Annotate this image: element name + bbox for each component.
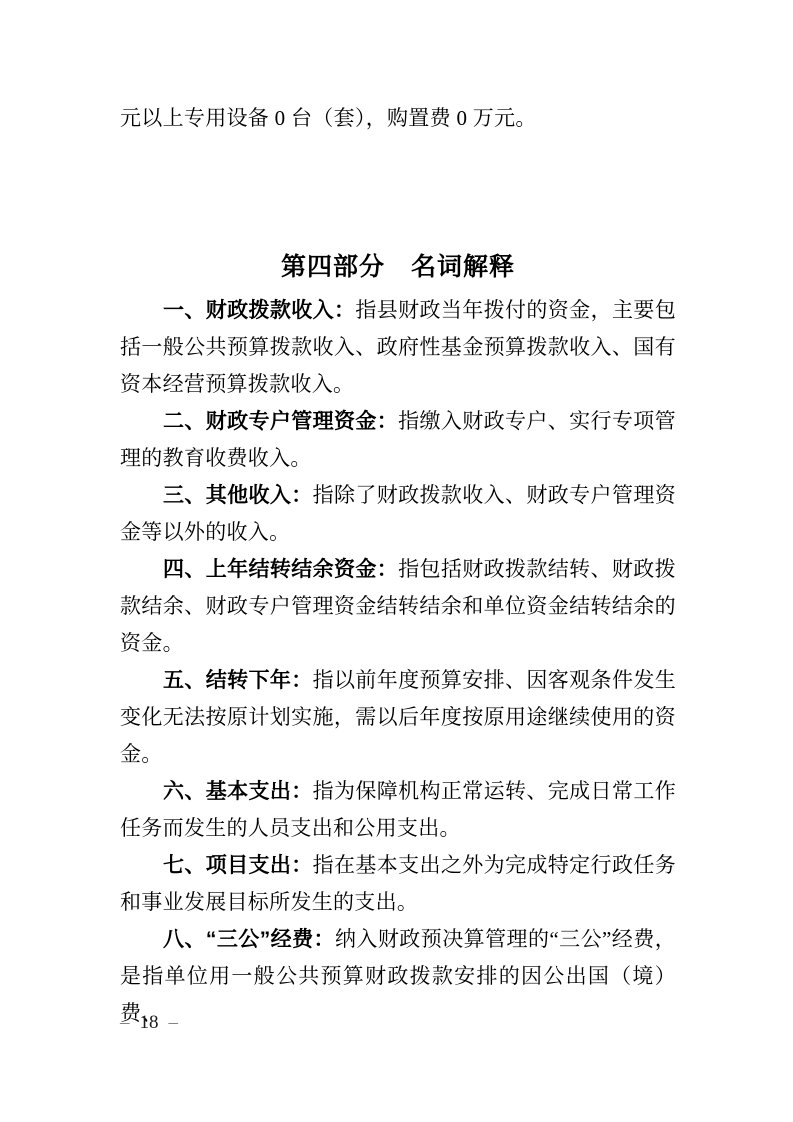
intro-paragraph: 元以上专用设备 0 台（套），购置费 0 万元。 [120, 100, 676, 137]
term-paragraph: 四、上年结转结余资金：指包括财政拨款结转、财政拨款结余、财政专户管理资金结转结余… [120, 551, 676, 662]
term-label: 二、财政专户管理资金： [163, 410, 398, 433]
footer-right-dash: – [169, 1012, 179, 1033]
document-page: 元以上专用设备 0 台（套），购置费 0 万元。 第四部分 名词解释 一、财政拨… [0, 0, 793, 1122]
term-label: 七、项目支出： [163, 854, 313, 877]
page-content: 元以上专用设备 0 台（套），购置费 0 万元。 第四部分 名词解释 一、财政拨… [120, 100, 676, 1032]
page-number: 18 [140, 1012, 159, 1033]
term-paragraph: 二、财政专户管理资金：指缴入财政专户、实行专项管理的教育收费收入。 [120, 403, 676, 477]
term-label: 三、其他收入： [163, 484, 313, 507]
term-paragraph: 八、“三公”经费：纳入财政预决算管理的“三公”经费，是指单位用一般公共预算财政拨… [120, 921, 676, 1032]
term-label: 四、上年结转结余资金： [163, 558, 398, 581]
section-title: 第四部分 名词解释 [120, 247, 676, 287]
term-label: 五、结转下年： [163, 669, 313, 692]
term-label: 六、基本支出： [163, 780, 313, 803]
term-paragraph: 六、基本支出：指为保障机构正常运转、完成日常工作任务而发生的人员支出和公用支出。 [120, 773, 676, 847]
term-paragraph: 七、项目支出：指在基本支出之外为完成特定行政任务和事业发展目标所发生的支出。 [120, 847, 676, 921]
term-paragraph: 一、财政拨款收入：指县财政当年拨付的资金，主要包括一般公共预算拨款收入、政府性基… [120, 292, 676, 403]
term-label: 八、“三公”经费： [163, 928, 335, 951]
terms-list: 一、财政拨款收入：指县财政当年拨付的资金，主要包括一般公共预算拨款收入、政府性基… [120, 292, 676, 1032]
term-paragraph: 三、其他收入：指除了财政拨款收入、财政专户管理资金等以外的收入。 [120, 477, 676, 551]
term-label: 一、财政拨款收入： [163, 299, 355, 322]
term-paragraph: 五、结转下年：指以前年度预算安排、因客观条件发生变化无法按原计划实施，需以后年度… [120, 662, 676, 773]
page-footer: –18– [120, 1008, 178, 1038]
footer-left-dash: – [120, 1012, 130, 1033]
